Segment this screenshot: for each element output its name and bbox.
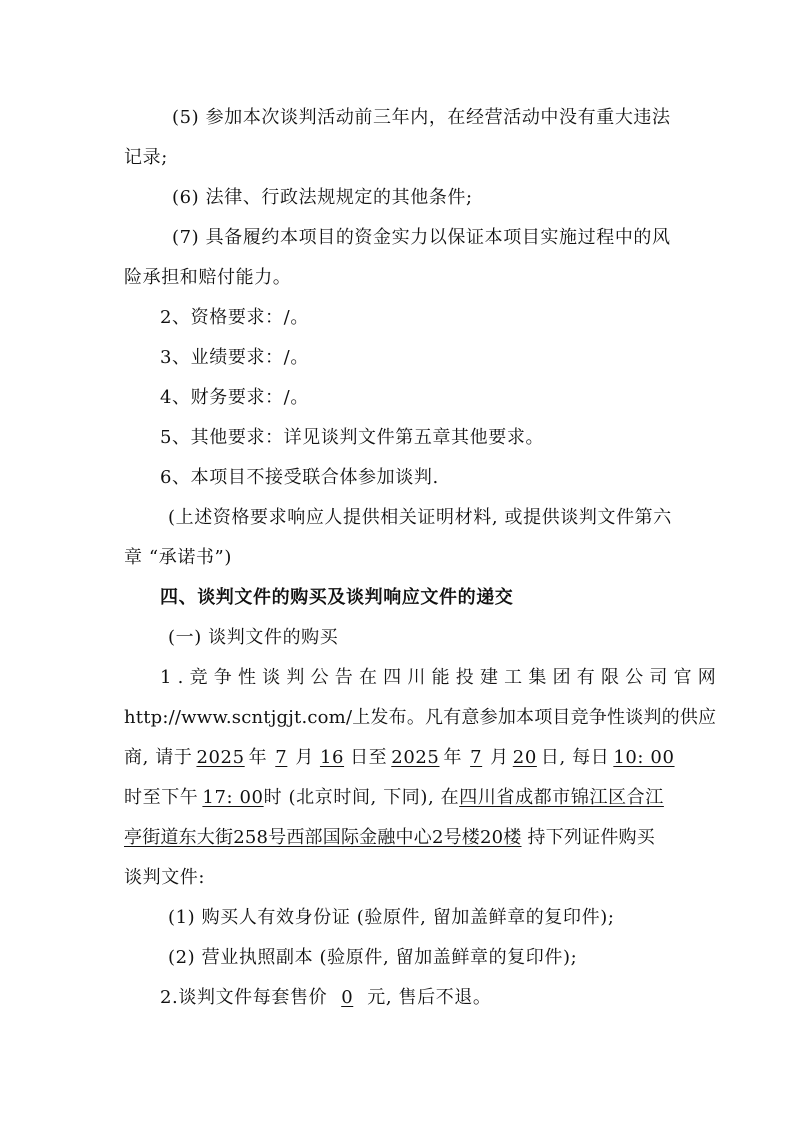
- address-part2: 亭街道东大街258号西部国际金融中心2号楼20楼: [124, 827, 528, 848]
- label: 日, 每日: [541, 747, 609, 768]
- requirement-id-card: (1) 购买人有效身份证 (验原件, 留加盖鲜章的复印件);: [168, 906, 615, 930]
- start-month: 7: [267, 747, 295, 768]
- consortium-note: 6、本项目不接受联合体参加谈判.: [160, 466, 439, 490]
- financial-requirement: 4、财务要求：/。: [160, 386, 309, 410]
- label: 2.谈判文件每套售价: [160, 987, 327, 1008]
- paragraph-item-5: (5) 参加本次谈判活动前三年内，在经营活动中没有重大违法: [172, 106, 671, 130]
- label: 月: [490, 747, 509, 768]
- label: 商, 请于: [124, 747, 192, 768]
- label: 持下列证件购买: [528, 827, 655, 848]
- time-location-line: 时至下午17: 00时 (北京时间, 下同), 在四川省成都市锦江区合江: [124, 786, 664, 810]
- end-time: 17: 00: [198, 787, 263, 808]
- paragraph-text: http://www.scntjgjt.com/上发布。凡有意参加本项目竞争性谈…: [124, 707, 716, 728]
- website-link-line: http://www.scntjgjt.com/上发布。凡有意参加本项目竞争性谈…: [124, 706, 716, 730]
- purchase-docs-label: 谈判文件:: [124, 866, 205, 890]
- paragraph-item-7: (7) 具备履约本项目的资金实力以保证本项目实施过程中的风: [172, 226, 671, 250]
- start-time: 10: 00: [609, 747, 674, 768]
- label: 月: [295, 747, 314, 768]
- label: 日至: [350, 747, 387, 768]
- label: 年: [443, 747, 462, 768]
- performance-requirement: 3、业绩要求：/。: [160, 346, 309, 370]
- other-requirement: 5、其他要求：详见谈判文件第五章其他要求。: [160, 426, 544, 450]
- start-year: 2025: [192, 747, 248, 768]
- paragraph-item-5-cont: 记录;: [124, 146, 168, 170]
- label: 时至下午: [124, 787, 198, 808]
- address-part1: 四川省成都市锦江区合江: [459, 787, 664, 808]
- announcement-text: 1.竞争性谈判公告在四川能投建工集团有限公司官网: [160, 666, 722, 690]
- address-line: 亭街道东大街258号西部国际金融中心2号楼20楼持下列证件购买: [124, 826, 655, 850]
- purchase-period-line: 商, 请于2025年7月16日至2025年7月20日, 每日10: 00: [124, 746, 675, 770]
- evidence-note: (上述资格要求响应人提供相关证明材料, 或提供谈判文件第六: [168, 506, 672, 530]
- paragraph-item-6: (6) 法律、行政法规规定的其他条件;: [172, 186, 473, 210]
- start-day: 16: [314, 747, 350, 768]
- end-month: 7: [462, 747, 490, 768]
- price-line: 2.谈判文件每套售价0元, 售后不退。: [160, 986, 492, 1010]
- subsection-heading-1: (一) 谈判文件的购买: [168, 626, 338, 650]
- price-value: 0: [327, 987, 367, 1008]
- evidence-note-cont: 章 “承诺书”): [124, 546, 232, 570]
- qualification-requirement: 2、资格要求：/。: [160, 306, 309, 330]
- label: 元, 售后不退。: [367, 987, 491, 1008]
- end-day: 20: [509, 747, 541, 768]
- paragraph-item-7-cont: 险承担和赔付能力。: [124, 266, 291, 290]
- section-heading-4: 四、谈判文件的购买及谈判响应文件的递交: [160, 586, 513, 610]
- label: 时 (北京时间, 下同), 在: [264, 787, 460, 808]
- label: 年: [249, 747, 268, 768]
- requirement-business-license: (2) 营业执照副本 (验原件, 留加盖鲜章的复印件);: [168, 946, 577, 970]
- end-year: 2025: [387, 747, 443, 768]
